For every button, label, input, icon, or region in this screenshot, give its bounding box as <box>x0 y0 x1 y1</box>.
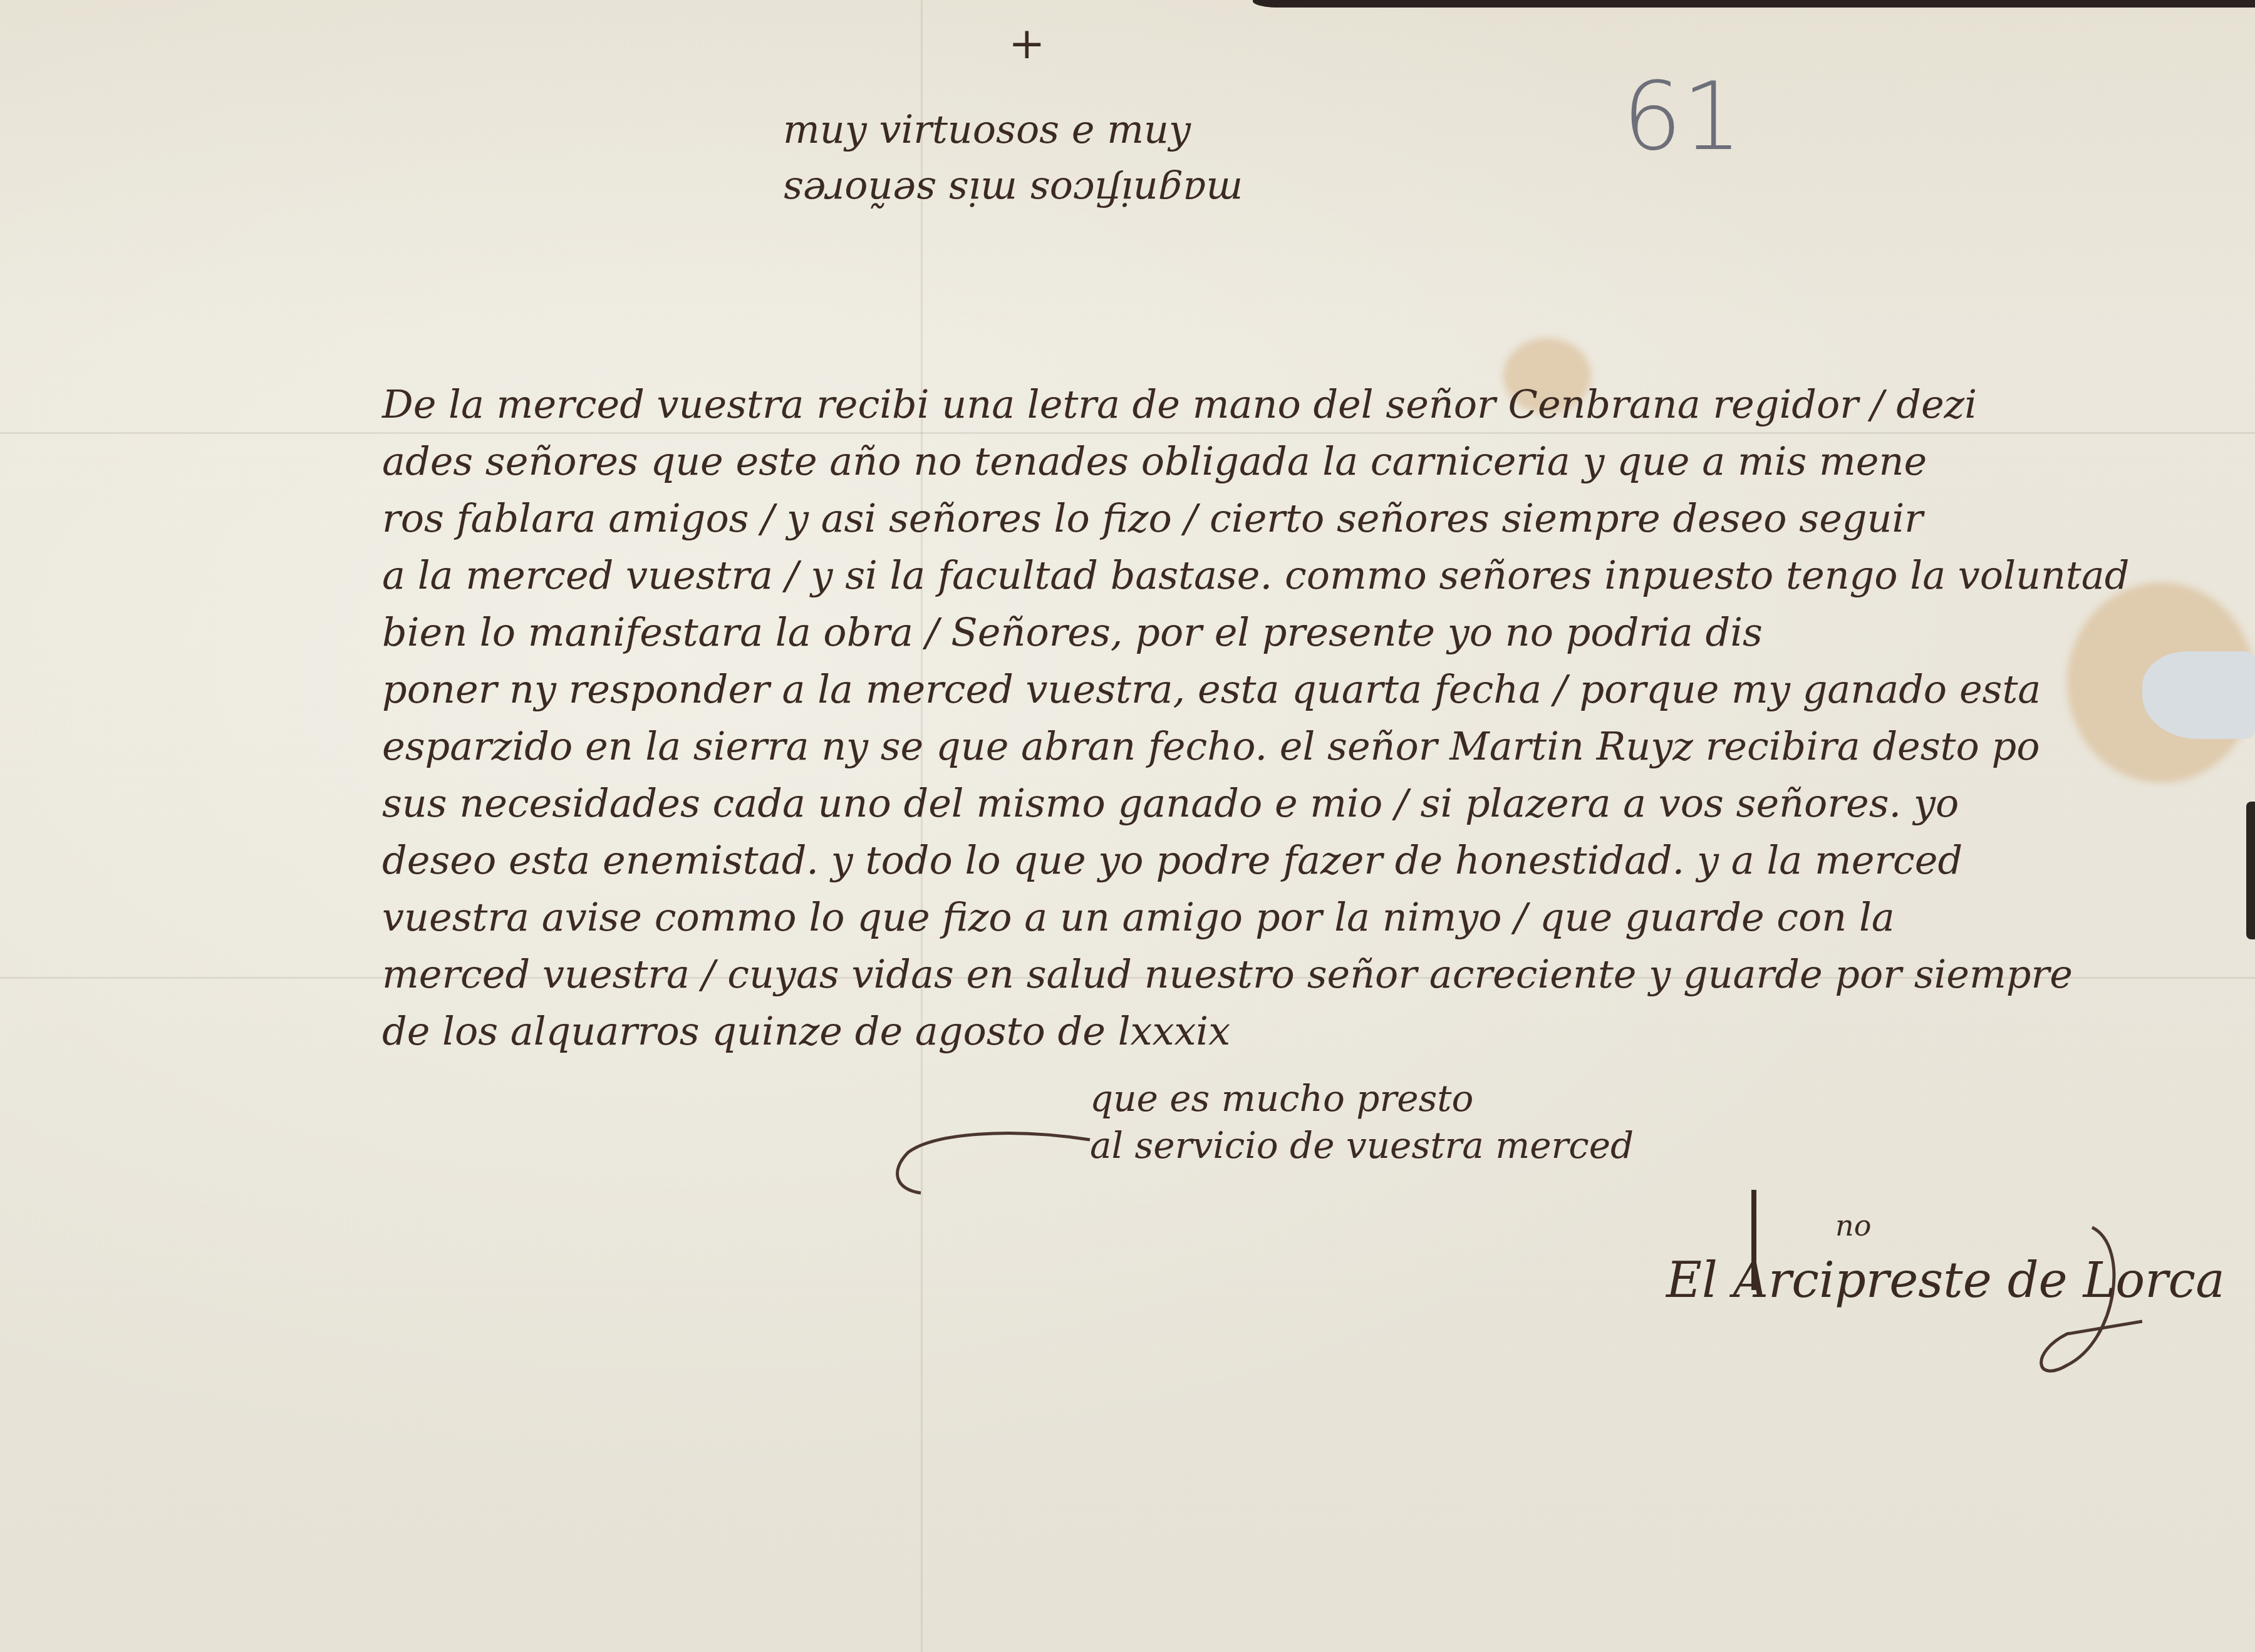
body-line: De la merced vuestra recibi una letra de… <box>382 376 2199 433</box>
letter-body: De la merced vuestra recibi una letra de… <box>382 376 2199 1060</box>
signature-superscript: no <box>1835 1209 1871 1242</box>
body-line: bien lo manifestara la obra / Señores, p… <box>382 604 2199 661</box>
body-line: ades señores que este año no tenades obl… <box>382 433 2199 490</box>
address-line: muy virtuosos e muy <box>783 106 1191 152</box>
body-line: deseo esta enemistad. y todo lo que yo p… <box>382 832 2199 889</box>
body-line: merced vuestra / cuyas vidas en salud nu… <box>382 946 2199 1003</box>
signature: El Arcipreste de Lorca <box>1666 1252 2225 1309</box>
invocation-cross: + <box>1008 18 1045 69</box>
body-line: ros fablara amigos / y asi señores lo fi… <box>382 490 2199 547</box>
body-line: a la merced vuestra / y si la facultad b… <box>382 547 2199 604</box>
body-line: sus necesidades cada uno del mismo ganad… <box>382 775 2199 832</box>
body-line: esparzido en la sierra ny se que abran f… <box>382 718 2199 775</box>
folio-number: 61 <box>1622 63 1742 172</box>
page-edge-shadow <box>2246 802 2255 939</box>
body-line: poner ny responder a la merced vuestra, … <box>382 661 2199 718</box>
closing-flourish <box>883 1115 1096 1202</box>
page-edge-shadow <box>1253 0 2255 8</box>
date-line: de los alquarros quinze de agosto de lxx… <box>382 1003 2199 1060</box>
closing-line: que es mucho presto <box>1090 1077 1473 1120</box>
body-line: vuestra avise commo lo que fizo a un ami… <box>382 889 2199 946</box>
address-line: magnificos mis señores <box>783 169 1243 215</box>
closing-line: al servicio de vuestra merced <box>1090 1124 1634 1167</box>
